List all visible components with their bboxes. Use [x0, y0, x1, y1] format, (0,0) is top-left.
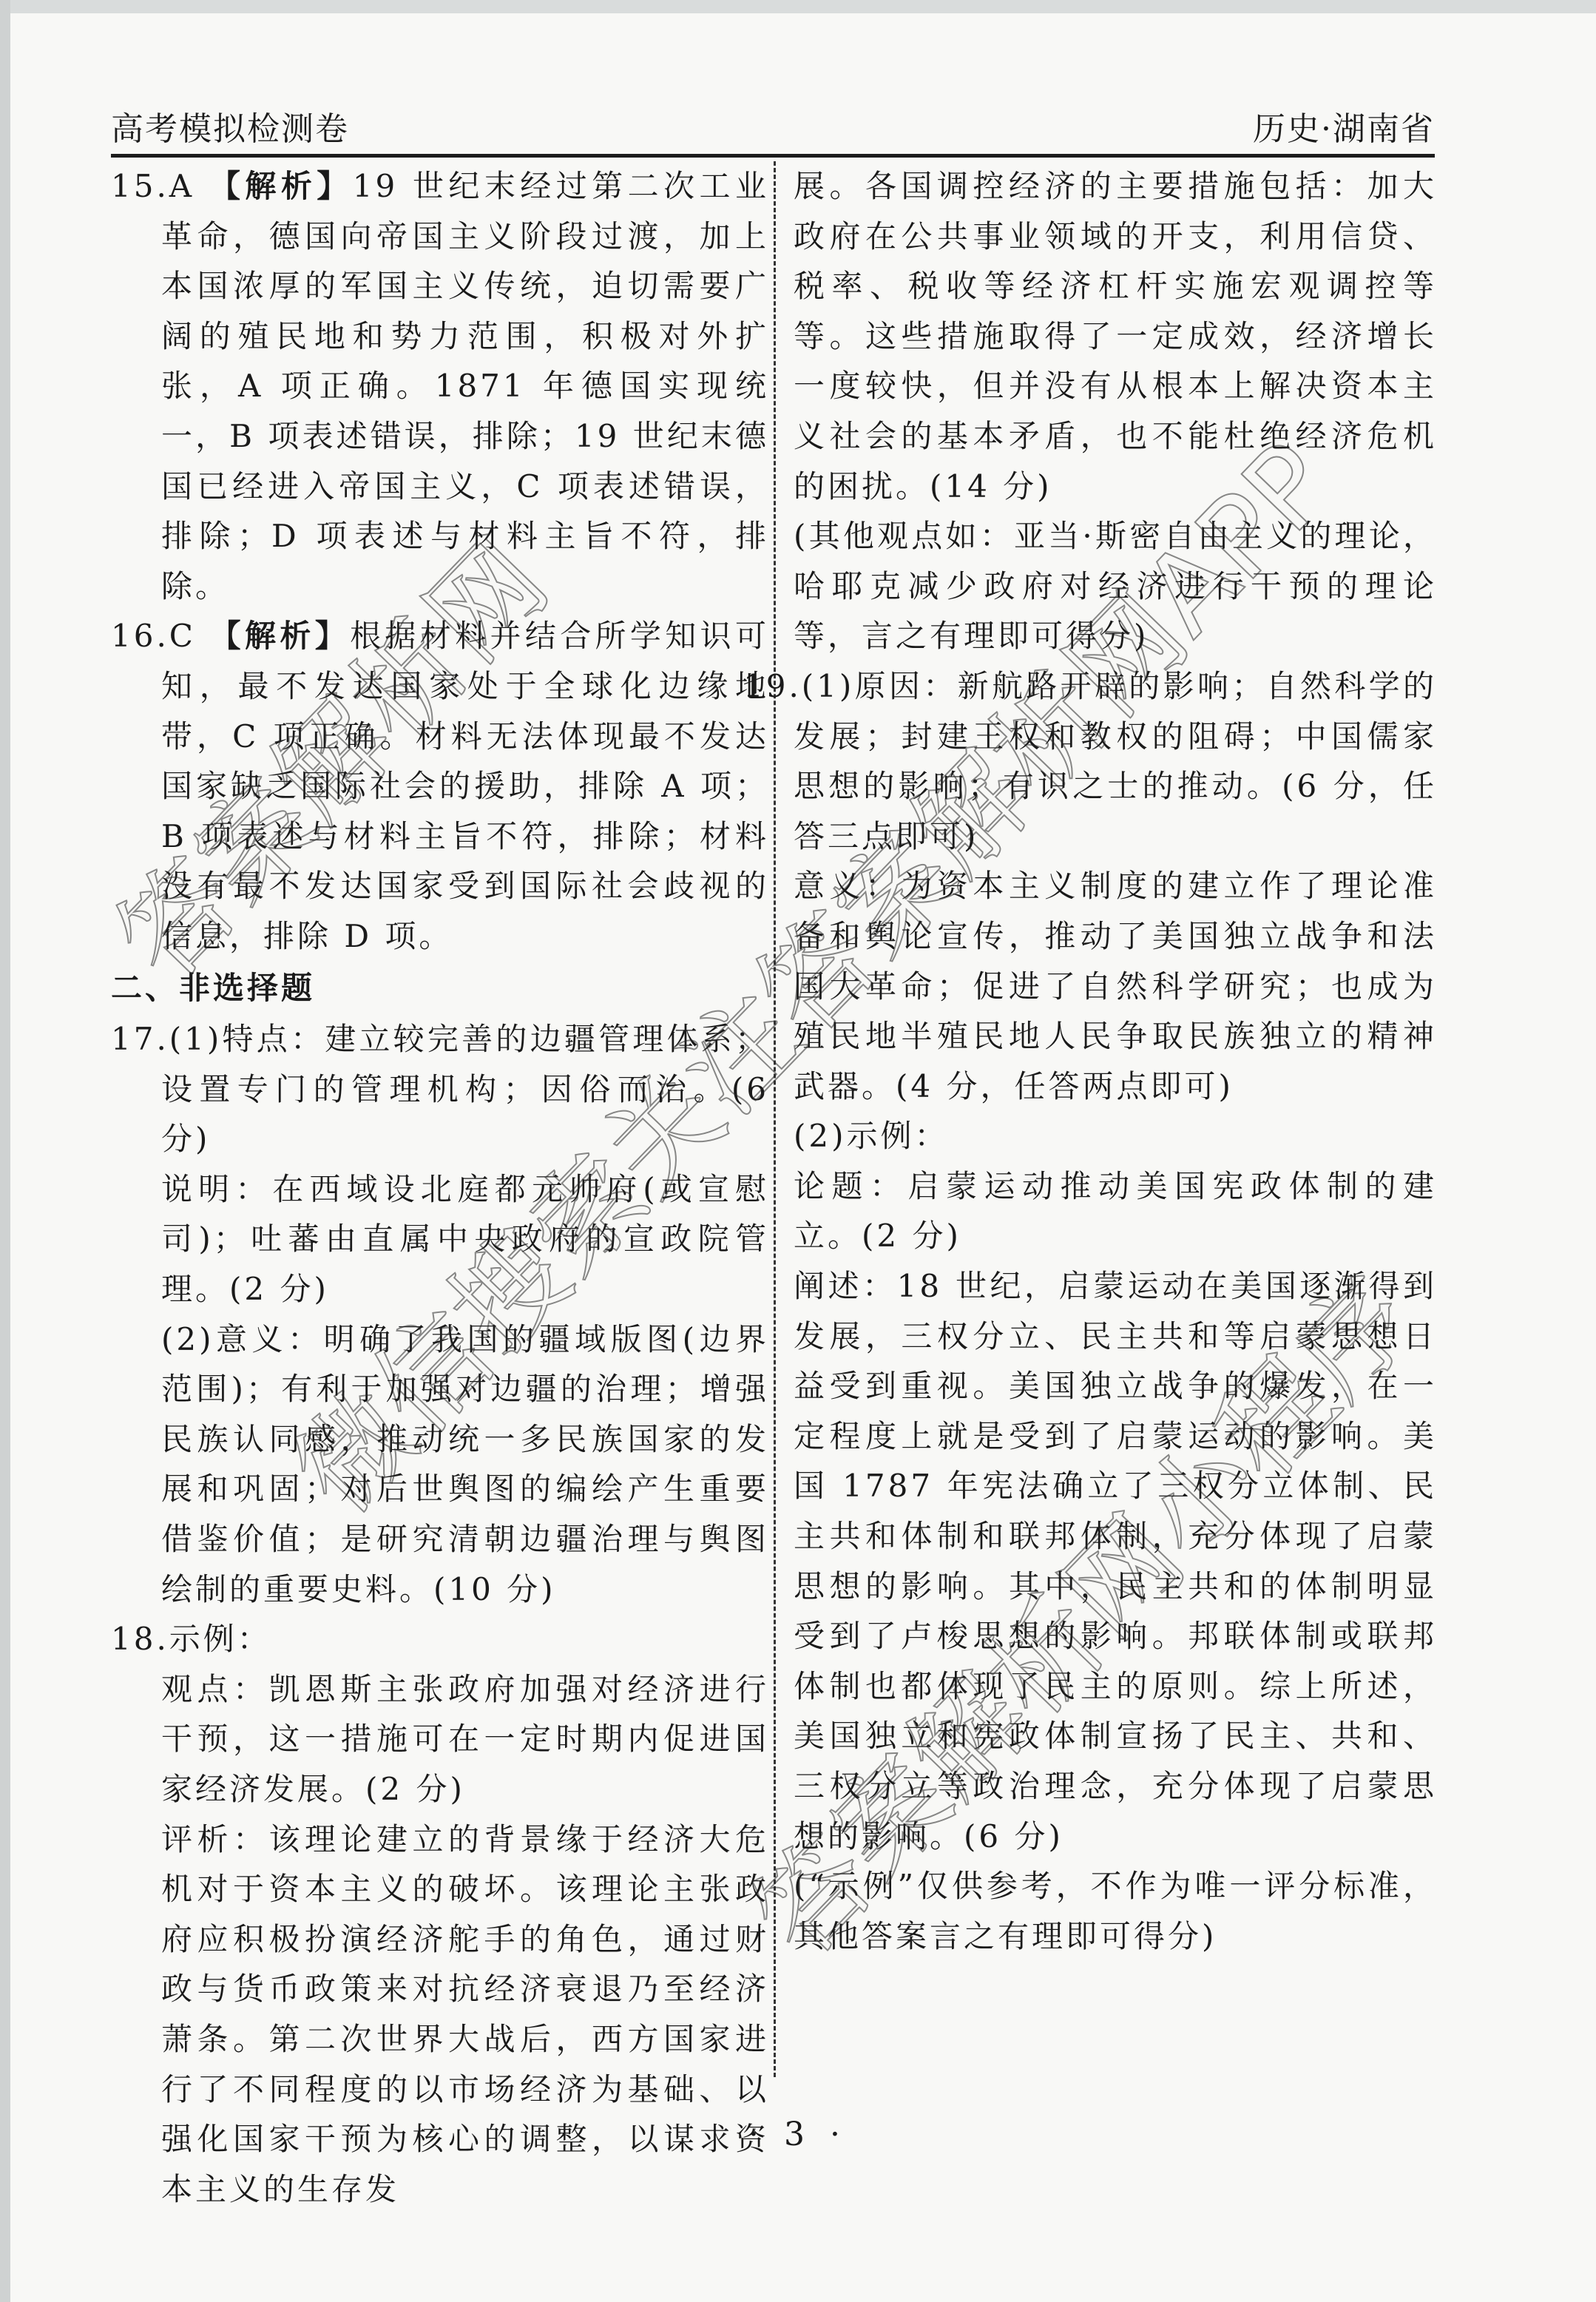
scan-border-left — [0, 0, 10, 2302]
answer-17-explain: 说明：在西域设北庭都元帅府(或宣慰司)；吐蕃由直属中央政府的宣政院管理。(2 分… — [111, 1164, 769, 1314]
scan-border-top — [0, 0, 1596, 13]
answer-text: (1)原因：新航路开辟的影响；自然科学的发展；封建王权和教权的阻碍；中国儒家思想… — [794, 668, 1437, 854]
answer-19-part1: 19.(1)原因：新航路开辟的影响；自然科学的发展；封建王权和教权的阻碍；中国儒… — [743, 661, 1437, 861]
page-header: 高考模拟检测卷 历史·湖南省 — [111, 95, 1435, 158]
answer-18-analysis-cont: 展。各国调控经济的主要措施包括：加大政府在公共事业领域的开支，利用信贷、税率、税… — [794, 161, 1437, 511]
exam-title: 高考模拟检测卷 — [111, 102, 349, 149]
column-divider — [774, 161, 776, 2077]
question-number: 18. — [111, 1621, 169, 1657]
answer-17-part1: 17.(1)特点：建立较完善的边疆管理体系；设置专门的管理机构；因俗而治。(6 … — [111, 1014, 769, 1164]
analysis-text: 19 世纪末经过第二次工业革命，德国向帝国主义阶段过渡，加上本国浓厚的军国主义传… — [161, 168, 769, 604]
page-number: · 3 · — [0, 2116, 1596, 2153]
analysis-tag: 【解析】 — [210, 618, 350, 654]
section-title: 二、非选择题 — [111, 963, 769, 1013]
answer-18-analysis: 评析：该理论建立的背景缘于经济大危机对于资本主义的破坏。该理论主张政府应积极扮演… — [111, 1815, 769, 2215]
right-column: 展。各国调控经济的主要措施包括：加大政府在公共事业领域的开支，利用信贷、税率、税… — [794, 161, 1437, 1961]
answer-17-part2: (2)意义：明确了我国的疆域版图(边界范围)；有利于加强对边疆的治理；增强民族认… — [111, 1314, 769, 1615]
answer-19-part2-intro: (2)示例： — [794, 1111, 1437, 1161]
answer-18-other-views: (其他观点如：亚当·斯密自由主义的理论，哈耶克减少政府对经济进行干预的理论等，言… — [794, 511, 1437, 661]
answer-text: 示例： — [169, 1621, 271, 1657]
answer-choice: A — [169, 168, 195, 204]
question-number: 15. — [111, 168, 169, 204]
answer-16: 16.C 【解析】根据材料并结合所学知识可知，最不发达国家处于全球化边缘地带，C… — [111, 611, 769, 961]
question-number: 17. — [111, 1021, 169, 1057]
answer-18-viewpoint: 观点：凯恩斯主张政府加强对经济进行干预，这一措施可在一定时期内促进国家经济发展。… — [111, 1664, 769, 1815]
question-number: 19. — [743, 668, 802, 704]
answer-19-elaboration: 阐述：18 世纪，启蒙运动在美国逐渐得到发展，三权分立、民主共和等启蒙思想日益受… — [794, 1261, 1437, 1861]
answer-19-meaning: 意义：为资本主义制度的建立作了理论准备和舆论宣传，推动了美国独立战争和法国大革命… — [794, 861, 1437, 1111]
answer-text: (1)特点：建立较完善的边疆管理体系；设置专门的管理机构；因俗而治。(6 分) — [161, 1021, 769, 1157]
answer-15: 15.A 【解析】19 世纪末经过第二次工业革命，德国向帝国主义阶段过渡，加上本… — [111, 161, 769, 611]
grading-note: (“示例”仅供参考，不作为唯一评分标准，其他答案言之有理即可得分) — [794, 1861, 1437, 1961]
answer-choice: C — [169, 618, 196, 654]
analysis-text: 根据材料并结合所学知识可知，最不发达国家处于全球化边缘地带，C 项正确。材料无法… — [161, 618, 769, 954]
subject-region: 历史·湖南省 — [1253, 102, 1435, 149]
answer-18-intro: 18.示例： — [111, 1614, 769, 1664]
answer-19-topic: 论题：启蒙运动推动美国宪政体制的建立。(2 分) — [794, 1161, 1437, 1261]
analysis-tag: 【解析】 — [209, 168, 353, 204]
left-column: 15.A 【解析】19 世纪末经过第二次工业革命，德国向帝国主义阶段过渡，加上本… — [111, 161, 769, 2214]
question-number: 16. — [111, 618, 169, 654]
